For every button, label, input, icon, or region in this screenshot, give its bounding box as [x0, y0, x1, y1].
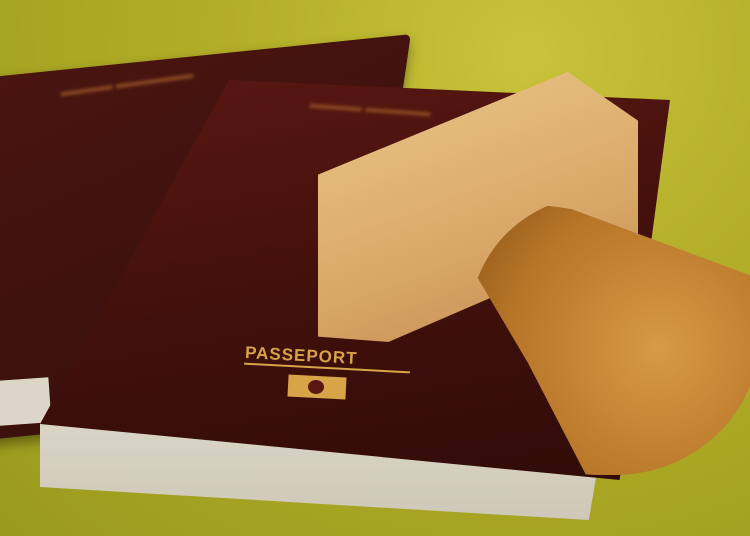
- biometric-chip-icon: [287, 374, 346, 399]
- photo-scene: ▬▬▬▬ ▬▬▬▬▬▬ ▬▬▬▬ ▬▬▬▬▬ PASSEPORT: [0, 0, 750, 536]
